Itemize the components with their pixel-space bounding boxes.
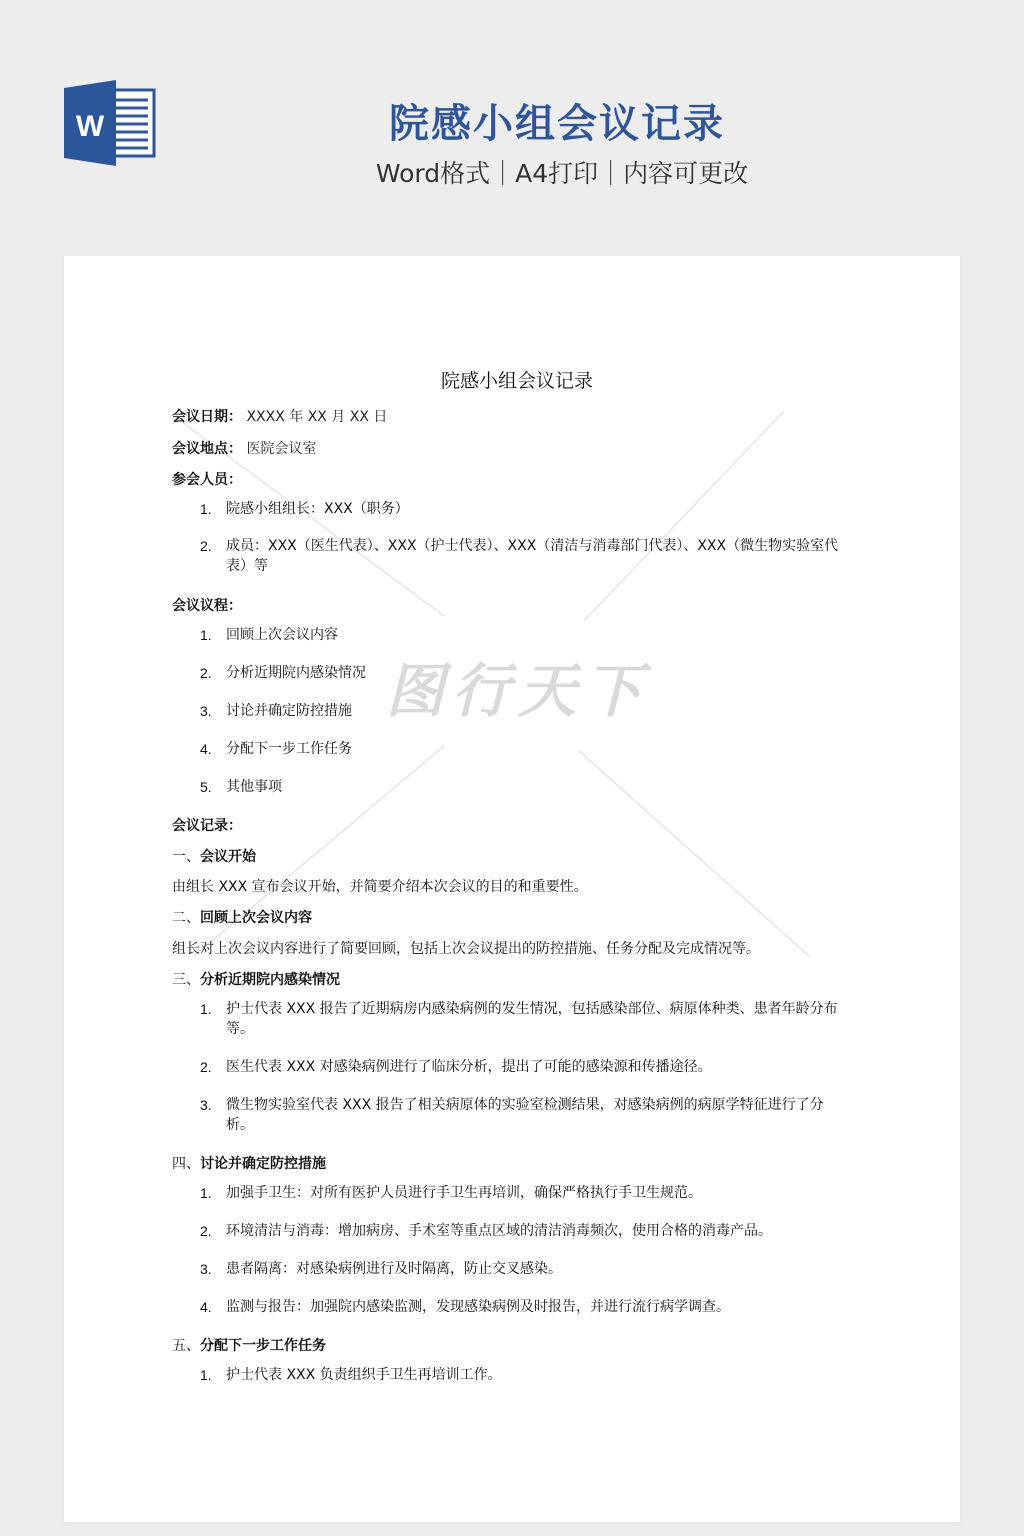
meeting-date-row: 会议日期： XXXX 年 XX 月 XX 日 (172, 406, 387, 426)
task-item: 1.护士代表 XXX 负责组织手卫生再培训工作。 (200, 1365, 850, 1385)
measure-item: 1.加强手卫生：对所有医护人员进行手卫生再培训，确保严格执行手卫生规范。 (200, 1183, 850, 1203)
measure-item: 4.监测与报告：加强院内感染监测，发现感染病例及时报告，并进行流行病学调查。 (200, 1297, 850, 1317)
analysis-item: 3.微生物实验室代表 XXX 报告了相关病原体的实验室检测结果，对感染病例的病原… (200, 1095, 850, 1135)
section-heading: 五、分配下一步工作任务 (172, 1335, 326, 1355)
banner-subtitle: Word格式｜A4打印｜内容可更改 (0, 154, 1024, 190)
location-value: 医院会议室 (246, 441, 316, 457)
section-paragraph: 由组长 XXX 宣布会议开始，并简要介绍本次会议的目的和重要性。 (172, 876, 588, 896)
section-heading: 一、会议开始 (172, 846, 256, 866)
document-page: 图行天下 院感小组会议记录 会议日期： XXXX 年 XX 月 XX 日 会议地… (64, 256, 960, 1522)
minutes-label: 会议记录： (172, 815, 242, 835)
attendee-item: 2. 成员：XXX（医生代表）、XXX（护士代表）、XXX（清洁与消毒部门代表）… (200, 536, 850, 576)
measure-item: 2.环境清洁与消毒：增加病房、手术室等重点区域的清洁消毒频次，使用合格的消毒产品… (200, 1221, 850, 1241)
analysis-item: 2.医生代表 XXX 对感染病例进行了临床分析，提出了可能的感染源和传播途径。 (200, 1057, 850, 1077)
document-title: 院感小组会议记录 (172, 366, 862, 393)
meeting-date-value: XXXX 年 XX 月 XX 日 (246, 409, 387, 425)
section-heading: 二、回顾上次会议内容 (172, 907, 312, 927)
banner-title: 院感小组会议记录 (0, 92, 1024, 149)
section-heading: 三、分析近期院内感染情况 (172, 969, 340, 989)
location-label: 会议地点： (172, 441, 242, 457)
meeting-date-label: 会议日期： (172, 409, 242, 425)
attendees-label: 参会人员： (172, 469, 242, 489)
location-row: 会议地点： 医院会议室 (172, 438, 316, 458)
agenda-item: 4.分配下一步工作任务 (200, 739, 850, 759)
analysis-item: 1.护士代表 XXX 报告了近期病房内感染病例的发生情况，包括感染部位、病原体种… (200, 999, 850, 1039)
measure-item: 3.患者隔离：对感染病例进行及时隔离，防止交叉感染。 (200, 1259, 850, 1279)
agenda-label: 会议议程： (172, 595, 242, 615)
agenda-item: 3.讨论并确定防控措施 (200, 701, 850, 721)
attendee-item: 1. 院感小组组长：XXX（职务） (200, 499, 850, 519)
section-heading: 四、讨论并确定防控措施 (172, 1153, 326, 1173)
agenda-item: 1.回顾上次会议内容 (200, 625, 850, 645)
agenda-item: 5.其他事项 (200, 777, 850, 797)
section-paragraph: 组长对上次会议内容进行了简要回顾，包括上次会议提出的防控措施、任务分配及完成情况… (172, 938, 760, 958)
agenda-item: 2.分析近期院内感染情况 (200, 663, 850, 683)
